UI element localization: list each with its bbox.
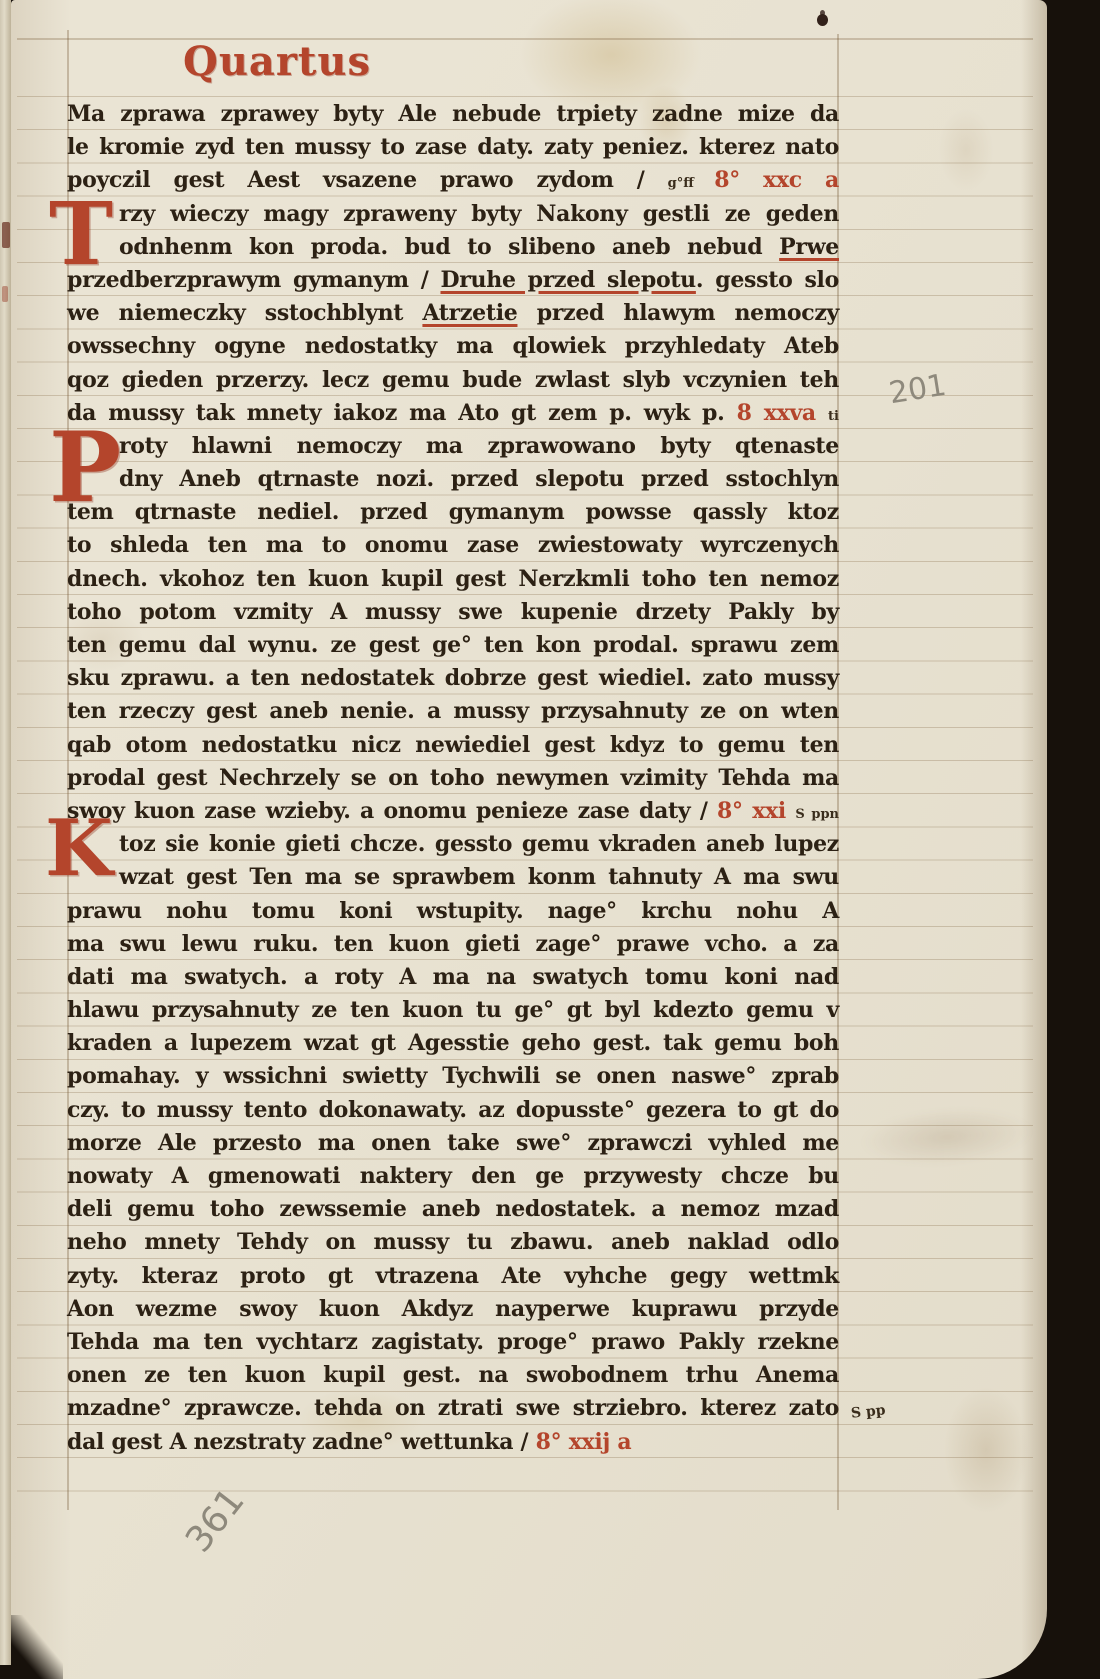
line-text: nowaty A gmenowati naktery den ge przywe… (67, 1163, 839, 1189)
line-text: prawu nohu tomu koni wstupity. nage° krc… (67, 898, 839, 924)
line-text: le kromie zyd ten mussy to zase daty. za… (67, 134, 839, 160)
manuscript-line: qoz gieden przerzy. lecz gemu bude zwlas… (67, 364, 839, 397)
rubric-citation: 8° xxi (717, 798, 795, 824)
manuscript-line: swoy kuon zase wzieby. a onomu penieze z… (67, 795, 839, 828)
manuscript-line: ten gemu dal wynu. ze gest ge° ten kon p… (67, 629, 839, 662)
rubric-citation: 8° xxij a (536, 1429, 632, 1455)
manuscript-line: ten rzeczy gest aneb nenie. a mussy przy… (67, 695, 839, 728)
line-text: kraden a lupezem wzat gt Agesstie geho g… (67, 1030, 839, 1056)
manuscript-line: we niemeczky sstochblynt Atrzetie przed … (67, 297, 839, 330)
manuscript-line: to shleda ten ma to onomu zase zwiestowa… (67, 529, 839, 562)
rubricated-initial-t: T (49, 192, 113, 278)
manuscript-line: morze Ale przesto ma onen take swe° zpra… (67, 1127, 839, 1160)
manuscript-line: prodal gest Nechrzely se on toho newymen… (67, 762, 839, 795)
manuscript-line: toho potom vzmity A mussy swe kupenie dr… (67, 596, 839, 629)
manuscript-line: Tehda ma ten vychtarz zagistaty. proge° … (67, 1326, 839, 1359)
line-text: rzy wieczy magy zpraweny byty Nakony ges… (119, 201, 839, 227)
line-text: Ma zprawa zprawey byty Ale nebude trpiet… (67, 101, 839, 127)
manuscript-line: le kromie zyd ten mussy to zase daty. za… (67, 131, 839, 164)
frame-rule-top (17, 38, 1033, 40)
line-text: odnhenm kon proda. bud to slibeno aneb n… (119, 234, 779, 260)
rubricated-initial-k: K (45, 810, 113, 888)
manuscript-line: dal gest A nezstraty zadne° wettunka / 8… (67, 1426, 839, 1459)
manuscript-line: poyczil gest Aest vsazene prawo zydom / … (67, 164, 839, 197)
manuscript-line: pomahay. y wssichni swietty Tychwili se … (67, 1060, 839, 1093)
ink-blot (817, 14, 828, 26)
line-text: da mussy tak mnety iakoz ma Ato gt zem p… (67, 400, 737, 426)
line-text: ten gemu dal wynu. ze gest ge° ten kon p… (67, 632, 839, 658)
manuscript-line: czy. to mussy tento dokonawaty. az dopus… (67, 1094, 839, 1127)
line-text: wzat gest Ten ma se sprawbem konm tahnut… (119, 864, 839, 890)
rubric-citation: 8° xxc a (714, 167, 839, 193)
manuscript-line: Aon wezme swoy kuon Akdyz nayperwe kupra… (67, 1293, 839, 1326)
line-text: prodal gest Nechrzely se on toho newymen… (67, 765, 839, 791)
line-text: ti (828, 409, 839, 424)
text-block: Ma zprawa zprawey byty Ale nebude trpiet… (67, 98, 839, 1459)
line-text: przed hlawym nemoczy (517, 300, 839, 326)
manuscript-line: przedberzprawym gymanym / Druhe przed sl… (67, 264, 839, 297)
page-corner-shadow (11, 1615, 63, 1679)
page-edge-mark (2, 222, 10, 248)
line-text: ma swu lewu ruku. ten kuon gieti zage° p… (67, 931, 839, 957)
line-text: qab otom nedostatku nicz newiediel gest … (67, 732, 839, 758)
line-text: we niemeczky sstochblynt (67, 300, 422, 326)
line-text: mzadne° zprawcze. tehda on ztrati swe st… (67, 1395, 839, 1421)
rubricated-initial-p: P (49, 420, 121, 516)
line-text: poyczil gest Aest vsazene prawo zydom / (67, 167, 668, 193)
manuscript-line: dati ma swatych. a roty A ma na swatych … (67, 961, 839, 994)
manuscript-line: mzadne° zprawcze. tehda on ztrati swe st… (67, 1392, 839, 1425)
manuscript-line: dnech. vkohoz ten kuon kupil gest Nerzkm… (67, 563, 839, 596)
line-text: dal gest A nezstraty zadne° wettunka / (67, 1429, 536, 1455)
line-text: toz sie konie gieti chcze. gessto gemu v… (119, 831, 839, 857)
line-text: toho potom vzmity A mussy swe kupenie dr… (67, 599, 839, 625)
line-text: qoz gieden przerzy. lecz gemu bude zwlas… (67, 367, 839, 393)
line-text: deli gemu toho zewssemie aneb nedostatek… (67, 1196, 839, 1222)
line-text: hlawu przysahnuty ze ten kuon tu ge° gt … (67, 997, 839, 1023)
line-text: S ppn (795, 807, 839, 822)
manuscript-line: deli gemu toho zewssemie aneb nedostatek… (67, 1193, 839, 1226)
line-text: dny Aneb qtrnaste nozi. przed slepotu pr… (119, 466, 839, 492)
manuscript-line: owssechny ogyne nedostatky ma qlowiek pr… (67, 330, 839, 363)
manuscript-line: rzy wieczy magy zpraweny byty Nakony ges… (67, 198, 839, 231)
line-text: swoy kuon zase wzieby. a onomu penieze z… (67, 798, 717, 824)
page-edge-mark (2, 286, 8, 302)
line-text: pomahay. y wssichni swietty Tychwili se … (67, 1063, 839, 1089)
manuscript-line: onen ze ten kuon kupil gest. na swobodne… (67, 1359, 839, 1392)
line-text: onen ze ten kuon kupil gest. na swobodne… (67, 1362, 839, 1388)
line-text: neho mnety Tehdy on mussy tu zbawu. aneb… (67, 1229, 839, 1255)
manuscript-page: Quartus Ma zprawa zprawey byty Ale nebud… (11, 0, 1047, 1679)
line-text: tem qtrnaste nediel. przed gymanym powss… (67, 499, 839, 525)
rubric-citation: 8 xxva (737, 400, 828, 426)
manuscript-line: dny Aneb qtrnaste nozi. przed slepotu pr… (67, 463, 839, 496)
line-text: Atrzetie (422, 300, 517, 326)
line-text: roty hlawni nemoczy ma zprawowano byty q… (119, 433, 839, 459)
line-text: Aon wezme swoy kuon Akdyz nayperwe kupra… (67, 1296, 839, 1322)
manuscript-line: hlawu przysahnuty ze ten kuon tu ge° gt … (67, 994, 839, 1027)
manuscript-line: odnhenm kon proda. bud to slibeno aneb n… (67, 231, 839, 264)
manuscript-line: kraden a lupezem wzat gt Agesstie geho g… (67, 1027, 839, 1060)
line-text: to shleda ten ma to onomu zase zwiestowa… (67, 532, 839, 558)
line-text: Prwe (779, 234, 839, 260)
line-text: owssechny ogyne nedostatky ma qlowiek pr… (67, 333, 839, 359)
line-text: przedberzprawym gymanym / (67, 267, 440, 293)
manuscript-line: da mussy tak mnety iakoz ma Ato gt zem p… (67, 397, 839, 430)
line-text: morze Ale przesto ma onen take swe° zpra… (67, 1130, 839, 1156)
manuscript-line: roty hlawni nemoczy ma zprawowano byty q… (67, 430, 839, 463)
manuscript-line: toz sie konie gieti chcze. gessto gemu v… (67, 828, 839, 861)
manuscript-line: qab otom nedostatku nicz newiediel gest … (67, 729, 839, 762)
manuscript-line: sku zprawu. a ten nedostatek dobrze gest… (67, 662, 839, 695)
manuscript-line: ma swu lewu ruku. ten kuon gieti zage° p… (67, 928, 839, 961)
manuscript-line: Ma zprawa zprawey byty Ale nebude trpiet… (67, 98, 839, 131)
ink-offset-ghost (857, 1102, 1037, 1172)
manuscript-line: prawu nohu tomu koni wstupity. nage° krc… (67, 895, 839, 928)
line-text: dati ma swatych. a roty A ma na swatych … (67, 964, 839, 990)
running-title: Quartus (183, 38, 371, 85)
line-text: czy. to mussy tento dokonawaty. az dopus… (67, 1097, 839, 1123)
manuscript-line: zyty. kteraz proto gt vtrazena Ate vyhch… (67, 1260, 839, 1293)
line-text: Druhe przed slepotu (440, 267, 695, 293)
line-text: ten rzeczy gest aneb nenie. a mussy przy… (67, 698, 839, 724)
manuscript-line: wzat gest Ten ma se sprawbem konm tahnut… (67, 861, 839, 894)
line-text: zyty. kteraz proto gt vtrazena Ate vyhch… (67, 1263, 839, 1289)
line-text: dnech. vkohoz ten kuon kupil gest Nerzkm… (67, 566, 839, 592)
line-text: Tehda ma ten vychtarz zagistaty. proge° … (67, 1329, 839, 1355)
manuscript-line: nowaty A gmenowati naktery den ge przywe… (67, 1160, 839, 1193)
book-page-edges (0, 0, 11, 1665)
line-text: g°ff (668, 176, 715, 191)
line-text: . gessto slo (696, 267, 839, 293)
manuscript-line: tem qtrnaste nediel. przed gymanym powss… (67, 496, 839, 529)
manuscript-line: neho mnety Tehdy on mussy tu zbawu. aneb… (67, 1226, 839, 1259)
line-text: sku zprawu. a ten nedostatek dobrze gest… (67, 665, 839, 691)
manuscript-photo: { "header": { "title": "Quartus" }, "ini… (0, 0, 1100, 1679)
